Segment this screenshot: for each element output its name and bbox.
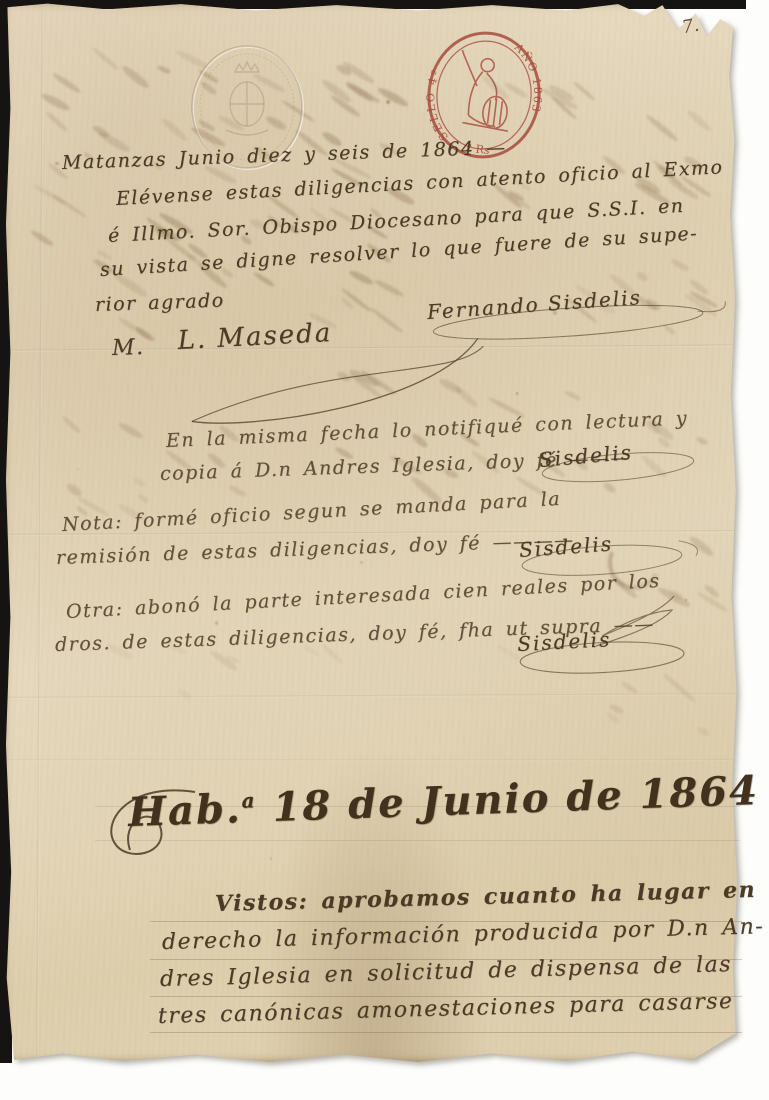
paper-sheet [3, 2, 744, 1063]
fold-crease-1 [9, 344, 744, 351]
fold-crease-2 [9, 530, 744, 536]
fold-crease-3 [9, 693, 744, 699]
scanned-manuscript-page: SELLO 4º AÑO 1863 2 Rs 7. Matanzas Junio… [0, 0, 769, 1100]
fold-crease-4 [9, 759, 744, 761]
paper-sheet-wrap [0, 0, 769, 1100]
